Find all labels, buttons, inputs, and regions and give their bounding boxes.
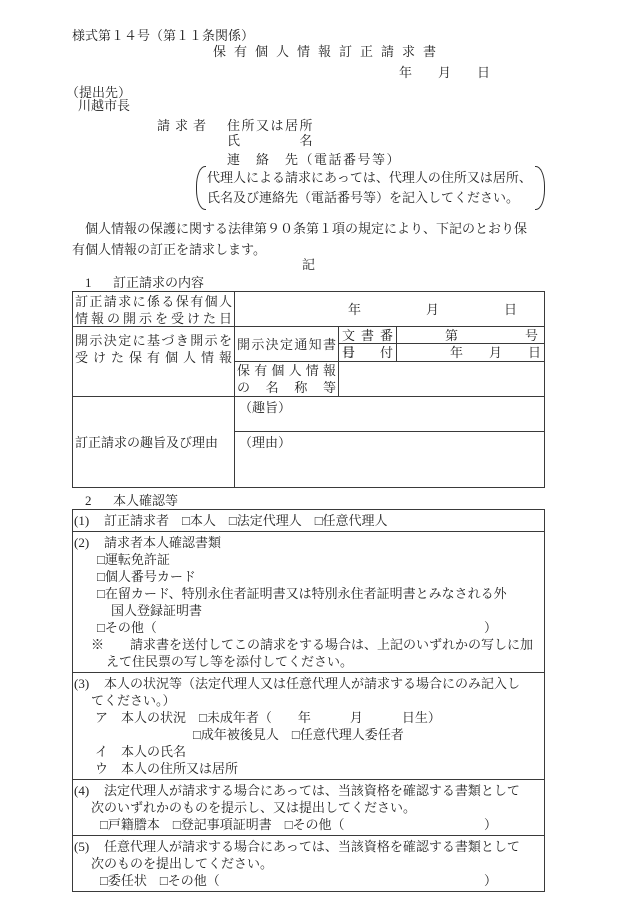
text-line: てください。） bbox=[74, 692, 543, 709]
right-bracket-icon bbox=[535, 166, 545, 210]
section1-heading: 1 訂正請求の内容 bbox=[72, 274, 204, 291]
proxy-note: 代理人による請求にあっては、代理人の住所又は居所、 氏名及び連絡先（電話番号等）… bbox=[196, 166, 545, 210]
name-field-label: 氏 名 bbox=[227, 132, 314, 149]
reason-field: （理由） bbox=[235, 432, 544, 487]
doc-number-field: 第 号 bbox=[397, 327, 544, 343]
text-line: 次のいずれかのものを提示し、又は提出してください。 bbox=[74, 799, 543, 816]
doc-date-row: 日 付 年 月 日 bbox=[339, 344, 544, 361]
section2-number: 2 bbox=[85, 492, 113, 509]
table-row: 訂正請求に係る保有個人 情報の開示を受けた日 年 月 日 bbox=[73, 292, 544, 327]
proxy-note-line: 代理人による請求にあっては、代理人の住所又は居所、 bbox=[207, 168, 532, 188]
form-number: 様式第１４号（第１１条関係） bbox=[72, 27, 254, 44]
left-bracket-icon bbox=[196, 166, 206, 210]
disclosed-info-label: 開示決定に基づき開示を 受けた保有個人情報 bbox=[73, 327, 235, 396]
row-legal-representative: (4) 法定代理人が請求する場合にあっては、当該資格を確認する書類として 次のい… bbox=[73, 779, 544, 835]
section1-number: 1 bbox=[85, 274, 113, 291]
disclosure-date-label: 訂正請求に係る保有個人 情報の開示を受けた日 bbox=[73, 292, 235, 326]
section1-title: 訂正請求の内容 bbox=[113, 274, 204, 291]
table-row: 開示決定に基づき開示を 受けた保有個人情報 開示決定通知書 文書番号 第 号 bbox=[73, 327, 544, 397]
proxy-note-line: 氏名及び連絡先（電話番号等）を記入してください。 bbox=[207, 188, 532, 208]
note-line: ※ 請求書を送付してこの請求をする場合は、上記のいずれかの写しに加 bbox=[74, 636, 543, 653]
disclosure-date-field: 年 月 日 bbox=[235, 292, 544, 326]
text-line: 次のものを提出してください。 bbox=[74, 855, 543, 872]
table-row: 訂正請求の趣旨及び理由 （趣旨） （理由） bbox=[73, 397, 544, 487]
submit-to-value: 川越市長 bbox=[78, 97, 130, 114]
decision-notice-label: 開示決定通知書 bbox=[235, 327, 339, 361]
body-paragraph-line: 個人情報の保護に関する法律第９０条第１項の規定により、下記のとおり保 bbox=[72, 220, 545, 237]
correction-request-form: 様式第１４号（第１１条関係） 保有個人情報訂正請求書 年 月 日 （提出先） 川… bbox=[0, 0, 630, 903]
doc-number-label: 文書番号 bbox=[339, 327, 397, 343]
doc-date-field: 年 月 日 bbox=[397, 344, 544, 361]
row-voluntary-representative: (5) 任意代理人が請求する場合にあっては、当該資格を確認する書類として 次のも… bbox=[73, 835, 544, 891]
doc-date-label: 日 付 bbox=[339, 344, 397, 361]
purport-reason-label: 訂正請求の趣旨及び理由 bbox=[73, 397, 235, 487]
checkbox-option: □在留カード、特別永住者証明書又は特別永住者証明書とみなされる外 bbox=[74, 585, 543, 602]
checkbox-option: □成年被後見人 □任意代理人委任者 bbox=[74, 726, 543, 743]
section2-heading: 2 本人確認等 bbox=[72, 492, 178, 509]
note-line: えて住民票の写し等を添付してください。 bbox=[74, 653, 543, 670]
checkbox-option: □運転免許証 bbox=[74, 551, 543, 568]
info-name-label: 保有個人情報 の名称等 bbox=[235, 362, 339, 396]
requester-label: 請求者 bbox=[157, 117, 211, 134]
doc-number-row: 文書番号 第 号 bbox=[339, 327, 544, 344]
row-principal-status: (3) 本人の状況等（法定代理人又は任意代理人が請求する場合にのみ記入し てくだ… bbox=[73, 672, 544, 779]
requester-type-options: 訂正請求者 □本人 □法定代理人 □任意代理人 bbox=[104, 512, 543, 529]
text-line: イ 本人の氏名 bbox=[74, 743, 543, 760]
page-title: 保有個人情報訂正請求書 bbox=[72, 43, 545, 60]
checkbox-option: ア 本人の状況 □未成年者（ 年 月 日生） bbox=[74, 709, 543, 726]
purport-field: （趣旨） bbox=[235, 397, 544, 432]
row-identity-documents: (2) 請求者本人確認書類 □運転免許証 □個人番号カード □在留カード、特別永… bbox=[73, 531, 544, 672]
correction-content-table: 訂正請求に係る保有個人 情報の開示を受けた日 年 月 日 開示決定に基づき開示を… bbox=[72, 291, 545, 488]
ki-separator: 記 bbox=[72, 256, 545, 273]
checkbox-option: □戸籍謄本 □登記事項証明書 □その他（ ） bbox=[74, 816, 543, 833]
identity-confirmation-table: (1) 訂正請求者 □本人 □法定代理人 □任意代理人 (2) 請求者本人確認書… bbox=[72, 509, 545, 892]
text-line: ウ 本人の住所又は居所 bbox=[74, 760, 543, 777]
info-name-field bbox=[339, 362, 544, 396]
checkbox-option: □個人番号カード bbox=[74, 568, 543, 585]
header-date-line: 年 月 日 bbox=[72, 64, 545, 81]
checkbox-option: □委任状 □その他（ ） bbox=[74, 872, 543, 889]
section2-title: 本人確認等 bbox=[113, 492, 178, 509]
checkbox-option-other: □その他（ ） bbox=[74, 619, 543, 636]
checkbox-option-continuation: 国人登録証明書 bbox=[74, 602, 543, 619]
row-requester-type: (1) 訂正請求者 □本人 □法定代理人 □任意代理人 bbox=[73, 510, 544, 531]
